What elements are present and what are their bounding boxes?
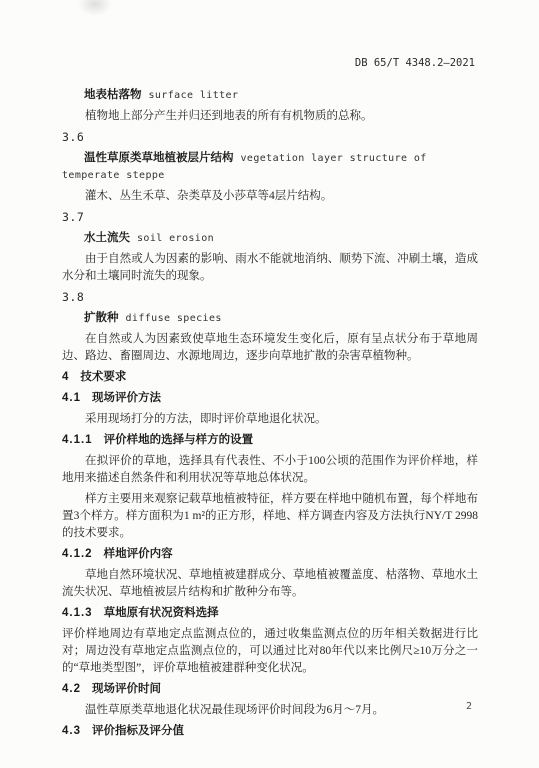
section-heading-4-1-3: 4.1.3草地原有状况资料选择 [62, 605, 478, 622]
term-zh-label: 水土流失 [84, 232, 130, 244]
section-heading-4-1: 4.1现场评价方法 [62, 390, 478, 407]
section-heading-4-2: 4.2现场评价时间 [62, 681, 478, 698]
heading-number: 4.1.3 [62, 607, 93, 619]
definition-paragraph: 在自然或人为因素致使草地生态环境发生变化后，原有呈点状分布于草地周边、路边、畜圈… [62, 331, 478, 365]
heading-number: 4.3 [62, 725, 81, 737]
page-number: 2 [466, 701, 472, 712]
definition-paragraph: 灌木、丛生禾草、杂类草及小莎草等4层片结构。 [62, 188, 478, 205]
heading-number: 4.1.1 [62, 434, 93, 446]
clause-number-3-8: 3.8 [62, 289, 478, 306]
term-en-label: surface litter [149, 90, 239, 101]
section-heading-4-1-1: 4.1.1评价样地的选择与样方的设置 [62, 432, 478, 449]
document-page: DB 65/T 4348.2—2021 地表枯落物surface litter … [0, 0, 539, 768]
term-surface-litter: 地表枯落物surface litter [62, 87, 478, 104]
heading-title: 样地评价内容 [104, 548, 173, 560]
term-vegetation-layer-structure: 温性草原类草地植被层片结构vegetation layer structure … [62, 150, 478, 184]
body-paragraph: 采用现场打分的方法，即时评价草地退化状况。 [62, 411, 478, 428]
definition-paragraph: 由于自然或人为因素的影响、雨水不能就地消纳、顺势下流、冲刷土壤，造成水分和土壤同… [62, 251, 478, 285]
term-soil-erosion: 水土流失soil erosion [62, 230, 478, 247]
heading-number: 4 [62, 371, 69, 383]
standard-number-header: DB 65/T 4348.2—2021 [62, 56, 475, 70]
body-paragraph: 样方主要用来观察记载草地植被特征，样方要在样地中随机布置，每个样地布置3个样方。… [62, 491, 478, 542]
term-diffuse-species: 扩散种diffuse species [62, 310, 478, 327]
body-paragraph: 温性草原类草地退化状况最佳现场评价时间段为6月～7月。 [62, 702, 478, 719]
heading-number: 4.2 [62, 683, 81, 695]
clause-number-3-7: 3.7 [62, 209, 478, 226]
clause-number-3-6: 3.6 [62, 129, 478, 146]
section-heading-4: 4技术要求 [62, 369, 478, 386]
section-heading-4-1-2: 4.1.2样地评价内容 [62, 546, 478, 563]
heading-title: 现场评价方法 [92, 392, 161, 404]
body-paragraph: 在拟评价的草地，选择具有代表性、不小于100公顷的范围作为评价样地，样地用来描述… [62, 453, 478, 487]
scan-smudge-artifact [78, 0, 112, 16]
heading-number: 4.1.2 [62, 548, 93, 560]
section-heading-4-3: 4.3评价指标及评分值 [62, 723, 478, 740]
definition-paragraph: 植物地上部分产生并归还到地表的所有有机物质的总称。 [62, 108, 478, 125]
heading-title: 现场评价时间 [92, 683, 161, 695]
term-en-label: diffuse species [126, 313, 222, 324]
term-zh-label: 地表枯落物 [84, 89, 142, 101]
heading-number: 4.1 [62, 392, 81, 404]
heading-title: 评价指标及评分值 [92, 725, 184, 737]
heading-title: 评价样地的选择与样方的设置 [104, 434, 254, 446]
term-zh-label: 扩散种 [84, 312, 119, 324]
body-paragraph: 草地自然环境状况、草地植被建群成分、草地植被覆盖度、枯落物、草地水土流失状况、草… [62, 567, 478, 601]
term-zh-label: 温性草原类草地植被层片结构 [84, 152, 234, 164]
heading-title: 技术要求 [80, 371, 126, 383]
term-en-label: soil erosion [137, 233, 214, 244]
heading-title: 草地原有状况资料选择 [104, 607, 219, 619]
body-paragraph: 评价样地周边有草地定点监测点位的，通过收集监测点位的历年相关数据进行比对；周边没… [62, 626, 478, 677]
